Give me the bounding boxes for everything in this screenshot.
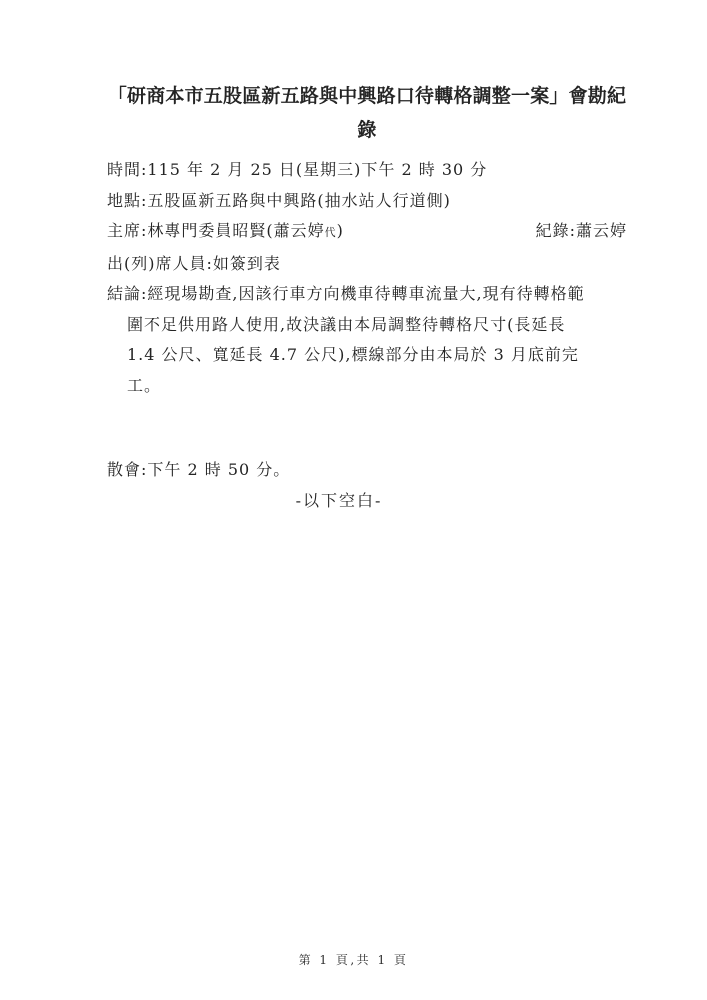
- conclusion-paragraph: 結論:經現場勘查,因該行車方向機車待轉車流量大,現有待轉格範 圍不足供用路人使用…: [107, 279, 627, 401]
- title-line-2: 錄: [107, 113, 627, 147]
- document-title: 「研商本市五股區新五路與中興路口待轉格調整一案」會勘紀 錄: [107, 79, 627, 147]
- conclusion-line-1: 結論:經現場勘查,因該行車方向機車待轉車流量大,現有待轉格範: [107, 279, 627, 310]
- page-footer: 第 1 頁,共 1 頁: [0, 951, 707, 968]
- meeting-recorder: 紀錄:蕭云婷: [536, 216, 627, 247]
- document-page: 「研商本市五股區新五路與中興路口待轉格調整一案」會勘紀 錄 時間:115 年 2…: [0, 0, 707, 1000]
- meeting-chair: 主席:林專門委員昭賢(蕭云婷代): [107, 216, 344, 249]
- chair-close-paren: ): [337, 221, 344, 240]
- attendees-line: 出(列)席人員:如簽到表: [107, 249, 627, 280]
- blank-below-marker: -以下空白-: [107, 486, 627, 517]
- meeting-time-line: 時間:115 年 2 月 25 日(星期三)下午 2 時 30 分: [107, 155, 627, 186]
- title-line-1: 「研商本市五股區新五路與中興路口待轉格調整一案」會勘紀: [107, 79, 627, 113]
- conclusion-line-2: 圍不足供用路人使用,故決議由本局調整待轉格尺寸(長延長: [107, 310, 627, 341]
- document-content: 「研商本市五股區新五路與中興路口待轉格調整一案」會勘紀 錄 時間:115 年 2…: [107, 79, 627, 516]
- chair-text: 主席:林專門委員昭賢(蕭云婷: [107, 221, 325, 240]
- conclusion-line-4: 工。: [107, 371, 627, 402]
- adjourn-line: 散會:下午 2 時 50 分。: [107, 455, 627, 486]
- chair-recorder-row: 主席:林專門委員昭賢(蕭云婷代) 紀錄:蕭云婷: [107, 216, 627, 249]
- deputy-mark: 代: [325, 226, 337, 239]
- conclusion-line-3: 1.4 公尺、寬延長 4.7 公尺),標線部分由本局於 3 月底前完: [107, 340, 627, 371]
- meeting-place-line: 地點:五股區新五路與中興路(抽水站人行道側): [107, 186, 627, 217]
